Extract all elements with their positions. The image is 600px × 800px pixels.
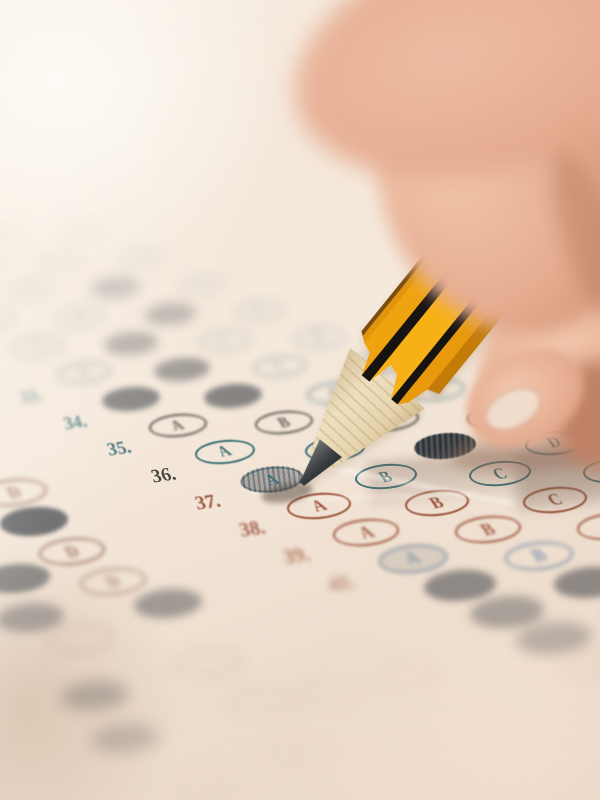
- photo-scantron-scene: ABCDABCDABDABDACD32.ACD33.CD34.ABCD35.AB…: [0, 0, 600, 800]
